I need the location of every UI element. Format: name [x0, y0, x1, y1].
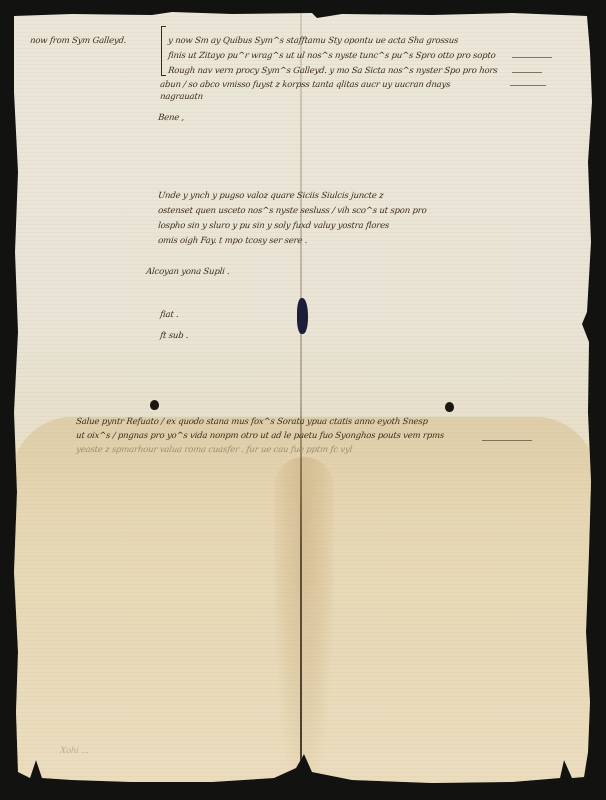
text-line: Rough nav vern procy Sym^s Galleyd. y mo… [167, 65, 498, 78]
margin-note: now from Sym Galleyd. [29, 35, 126, 48]
text-line: omis oigh Fay. t mpo tcosy ser sere . [157, 235, 307, 248]
text-line: ostenset quen usceto nos^s nyste sesluss… [157, 205, 427, 218]
manuscript-scan: now from Sym Galleyd. y now Sm ay Quibus… [0, 0, 606, 800]
footer-note: Xohi ... [59, 745, 89, 758]
text-line: ft sub . [159, 330, 189, 343]
ink-blot [297, 298, 308, 334]
text-line: Unde y ynch y pugso valoz quare Siciis S… [157, 190, 384, 203]
signature: Bene , [157, 112, 184, 125]
text-line: nagrauatn [159, 91, 203, 104]
line-stroke [482, 440, 532, 441]
line-stroke [512, 57, 552, 58]
text-line: lospho sin y sluro y pu sin y soly fuxd … [157, 220, 389, 233]
text-line: Salue pyntr Refuato / ex quodo stana mus… [75, 416, 428, 429]
text-line: finis ut Zitayo pu^r wrag^s ut ul nos^s … [167, 50, 496, 63]
text-line: ut oix^s / pngnas pro yo^s vida nonpm ot… [75, 430, 444, 443]
line-stroke [512, 72, 542, 73]
text-line-faded: yeaste z spmarhour valua roma cuasfer . … [75, 444, 352, 457]
binding-hole-left [150, 400, 159, 410]
text-line: Alcoyan yona Supli . [145, 266, 230, 279]
fold-stain [274, 457, 334, 777]
text-line: y now Sm ay Quibus Sym^s stafftamu Sty o… [167, 35, 458, 48]
text-line: fiat . [159, 309, 179, 322]
text-bracket [161, 26, 166, 76]
center-fold [300, 12, 302, 784]
paper-sheet: now from Sym Galleyd. y now Sm ay Quibus… [12, 12, 596, 784]
line-stroke [510, 85, 546, 86]
binding-hole-right [445, 402, 454, 412]
